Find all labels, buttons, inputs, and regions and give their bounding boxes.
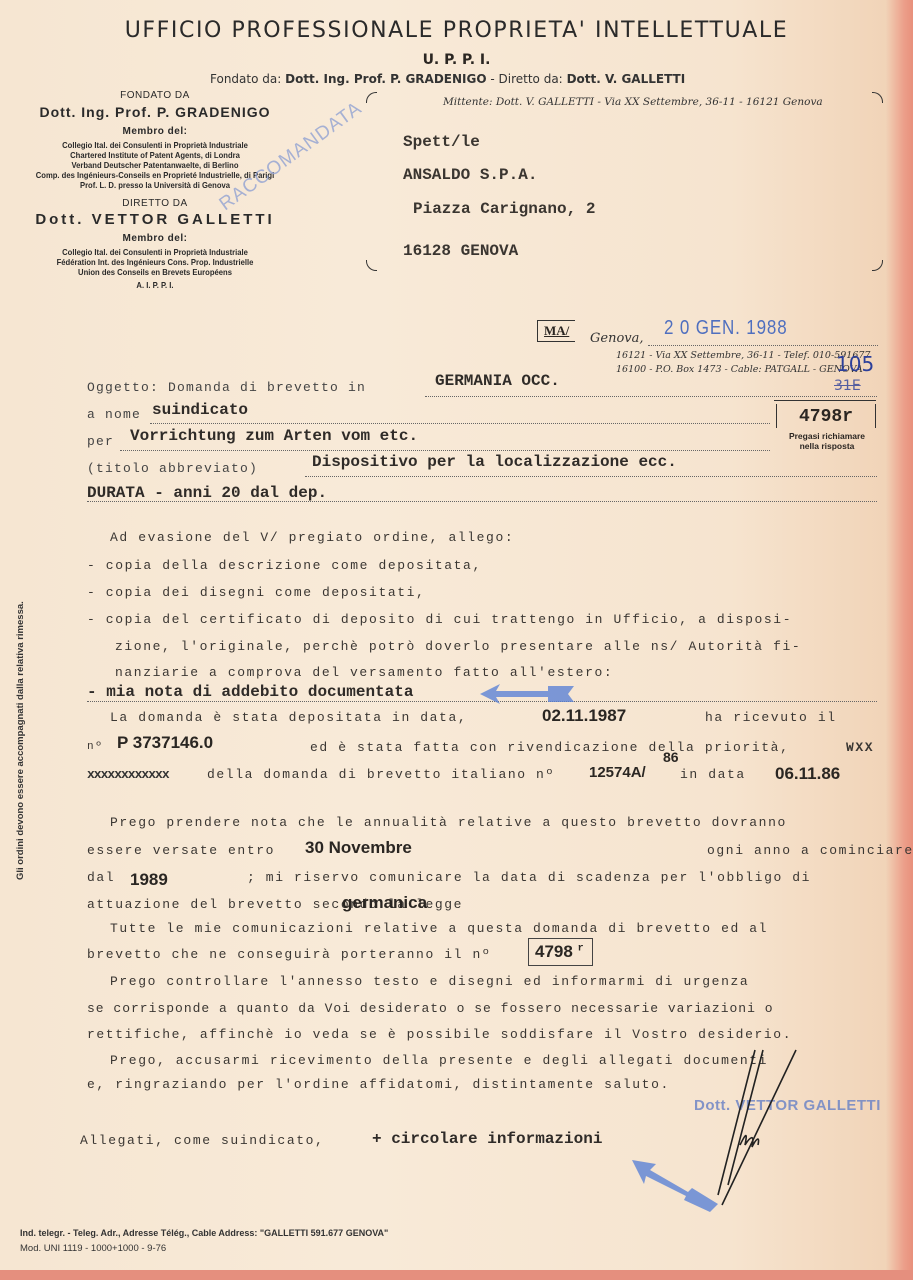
italian-app-year: 86 [663, 749, 679, 765]
recipient-salutation: Spett/le [403, 133, 480, 151]
paper-edge [0, 1270, 913, 1280]
director-membership: Fédération Int. des Ingénieurs Cons. Pro… [16, 257, 295, 268]
dotline [305, 476, 877, 477]
check-line-3: rettifiche, affinchè io veda se è possib… [87, 1027, 792, 1042]
window-corner-tr [872, 92, 883, 103]
founder-membership: Collegio Ital. dei Consulenti in Proprie… [16, 140, 295, 151]
titolo-label: (titolo abbreviato) [87, 461, 258, 476]
director-membership: Union des Conseils en Brevets Européens [16, 267, 295, 278]
annuity-deadline: 30 Novembre [305, 838, 412, 858]
attachment-item-cont: zione, l'originale, perchè potrò doverlo… [115, 639, 801, 654]
annuity-line-2b: ogni anno a cominciare [707, 843, 913, 858]
director-membership: A. I. P. P. I. [16, 280, 295, 291]
allegati-label: Allegati, come suindicato, [80, 1133, 324, 1148]
comm-line-1: Tutte le mie comunicazioni relative a qu… [110, 921, 768, 936]
per-label: per [87, 434, 114, 449]
director-name: Dott. VETTOR GALLETTI [0, 211, 310, 228]
founder-name: Dott. Ing. Prof. P. GRADENIGO [0, 104, 310, 120]
blue-arrow-icon [628, 1156, 723, 1216]
founded-by: Dott. Ing. Prof. P. GRADENIGO [285, 72, 486, 86]
contact-line-2: 16100 - P.O. Box 1473 - Cable: PATGALL -… [616, 364, 863, 375]
number-prefix: nº [87, 741, 103, 753]
priority-text: ed è stata fatta con rivendicazione dell… [310, 740, 789, 755]
reference-note-line-1: Pregasi richiamare [776, 431, 878, 441]
founder-membership: Chartered Institute of Patent Agents, di… [16, 150, 295, 161]
italian-app-date: 06.11.86 [775, 764, 840, 784]
attachment-item-cont: nanziarie a comprova del versamento fatt… [115, 665, 613, 680]
annuity-line-2a: essere versate entro [87, 843, 275, 858]
directed-prefix: - Diretto da: [490, 72, 562, 86]
titolo-value: Dispositivo per la localizzazione ecc. [312, 453, 677, 471]
italian-app-text: della domanda di brevetto italiano nº [207, 767, 555, 782]
attachment-item: - copia dei disegni come depositati, [87, 585, 425, 600]
sidebar-note: Gli ordini devono essere accompagnati da… [15, 601, 26, 880]
comm-suffix: r [578, 943, 584, 954]
founder-member-label: Membro del: [0, 126, 310, 137]
nome-label: a nome [87, 407, 141, 422]
window-corner-tl [366, 92, 377, 103]
deposit-sentence-b: ha ricevuto il [705, 710, 837, 725]
letterhead-abbreviation: U. P. P. I. [0, 52, 913, 68]
refbox-top-border [774, 400, 876, 401]
law-value: germanica [342, 893, 427, 913]
italian-app-number: 12574A/ [589, 764, 646, 781]
recipient-company: ANSALDO S.P.A. [403, 166, 537, 184]
in-data-label: in data [680, 767, 746, 782]
deposit-date: 02.11.1987 [542, 706, 626, 726]
place-label: Genova, [590, 331, 644, 346]
annuity-line-3a: dal [87, 870, 115, 885]
durata-value: DURATA - anni 20 dal dep. [87, 484, 327, 502]
reference-note: Pregasi richiamare nella risposta [776, 431, 878, 451]
attachment-item: - copia della descrizione come depositat… [87, 558, 482, 573]
date-dotline [648, 345, 878, 346]
letterhead-founded-line: Fondato da: Dott. Ing. Prof. P. GRADENIG… [210, 72, 685, 86]
window-corner-br [872, 260, 883, 271]
check-line-2: se corrisponde a quanto da Voi desiderat… [87, 1001, 774, 1016]
check-line-1: Prego controllare l'annesso testo e dise… [110, 974, 749, 989]
comm-number-box: 4798 r [528, 938, 593, 966]
dotline [425, 396, 877, 397]
letterhead-title: UFFICIO PROFESSIONALE PROPRIETA' INTELLE… [0, 18, 913, 43]
reference-number-box: 4798r [776, 404, 876, 428]
ack-line-1: Prego, accusarmi ricevimento della prese… [110, 1053, 768, 1068]
sender-line: Mittente: Dott. V. GALLETTI - Via XX Set… [443, 96, 823, 108]
dotline [150, 423, 770, 424]
reference-initials: MA/ [537, 320, 575, 342]
blue-arrow-icon [478, 680, 578, 708]
dotline [87, 501, 877, 502]
handwritten-number: 105 [836, 352, 874, 376]
patent-number: P 3737146.0 [117, 733, 213, 753]
recipient-city: 16128 GENOVA [403, 242, 518, 260]
handwritten-crossed-number: 31E [834, 378, 861, 394]
annuity-line-1: Prego prendere nota che le annualità rel… [110, 815, 787, 830]
deposit-sentence-a: La domanda è stata depositata in data, [110, 710, 467, 725]
struck-text: WXX [846, 740, 874, 755]
subject-label: Oggetto: Domanda di brevetto in [87, 380, 366, 395]
per-value: Vorrichtung zum Arten vom etc. [130, 427, 418, 445]
attachment-item: - copia del certificato di deposito di c… [87, 612, 792, 627]
founded-prefix: Fondato da: [210, 72, 281, 86]
window-corner-bl [366, 260, 377, 271]
date-stamp: 2 0 GEN. 1988 [664, 317, 788, 340]
founder-caption: FONDATO DA [0, 90, 310, 101]
director-caption: DIRETTO DA [0, 198, 310, 209]
allegati-extra: + circolare informazioni [372, 1130, 602, 1148]
director-membership: Collegio Ital. dei Consulenti in Proprie… [16, 247, 295, 258]
annuity-start-year: 1989 [130, 870, 168, 890]
footer-form-code: Mod. UNI 1119 - 1000+1000 - 9-76 [20, 1243, 166, 1254]
annuity-line-3b: ; mi riservo comunicare la data di scade… [247, 870, 811, 885]
subject-country: GERMANIA OCC. [435, 372, 560, 390]
struck-text: xxxxxxxxxxxx [87, 767, 169, 782]
founder-membership: Verband Deutscher Patentanwaelte, di Ber… [16, 160, 295, 171]
comm-line-2: brevetto che ne conseguirà porteranno il… [87, 947, 491, 962]
reference-note-line-2: nella risposta [776, 441, 878, 451]
contact-line-1: 16121 - Via XX Settembre, 36-11 - Telef.… [616, 350, 870, 361]
directed-by: Dott. V. GALLETTI [567, 72, 686, 86]
director-member-label: Membro del: [0, 233, 310, 244]
dotline [120, 450, 770, 451]
attachment-added-item: - mia nota di addebito documentata [87, 683, 413, 701]
body-intro: Ad evasione del V/ pregiato ordine, alle… [110, 530, 514, 545]
nome-value: suindicato [152, 401, 248, 419]
comm-number: 4798 [535, 942, 573, 961]
footer-cable-address: Ind. telegr. - Teleg. Adr., Adresse Télé… [20, 1228, 388, 1238]
place-text: Genova, [590, 331, 644, 346]
ack-line-2: e, ringraziando per l'ordine affidatomi,… [87, 1077, 670, 1092]
recipient-street: Piazza Carignano, 2 [413, 200, 595, 218]
